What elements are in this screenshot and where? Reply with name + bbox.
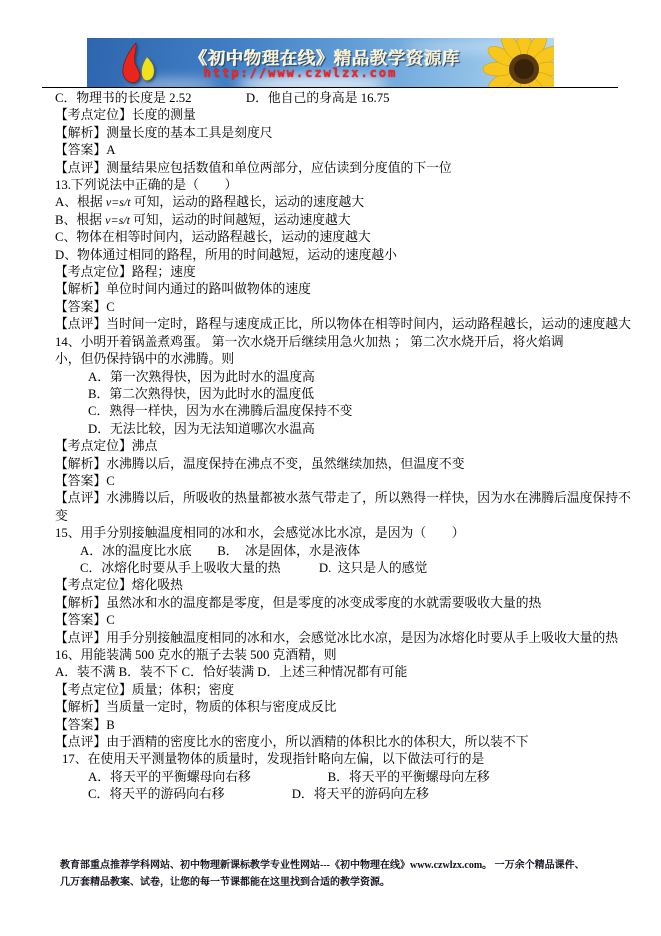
doc-line: 13.下列说法中正确的是（ ） xyxy=(55,177,617,194)
header-divider xyxy=(42,87,618,88)
doc-line: 16、用能装满 500 克水的瓶子去装 500 克酒精，则 xyxy=(55,647,617,664)
doc-line: C．熟得一样快，因为水在沸腾后温度保持不变 xyxy=(55,403,617,420)
doc-line: 15、用手分别接触温度相同的冰和水，会感觉冰比水凉，是因为（ ） xyxy=(55,525,617,542)
footer-note: 教育部重点推荐学科网站、初中物理新课标教学专业性网站---《初中物理在线》www… xyxy=(60,857,625,891)
doc-line: 【解析】单位时间内通过的路叫做物体的速度 xyxy=(55,281,617,298)
velocity-formula: v=s/t xyxy=(106,195,131,209)
doc-line: C．冰熔化时要从手上吸收大量的热 D. 这只是人的感觉 xyxy=(55,560,617,577)
document-body: C．物理书的长度是 2.52 D．他自己的身高是 16.75【考点定位】长度的测… xyxy=(55,90,617,804)
footer-line: 教育部重点推荐学科网站、初中物理新课标教学专业性网站---《初中物理在线》www… xyxy=(60,857,625,874)
banner-url: http://www.czwlzx.com xyxy=(127,66,474,80)
doc-line: B、根据 v=s/t 可知，运动的时间越短，运动速度越大 xyxy=(55,212,617,229)
doc-line: B．第二次熟得快，因为此时水的温度低 xyxy=(55,386,617,403)
doc-line: 【点评】用手分别接触温度相同的冰和水，会感觉冰比水凉，是因为冰熔化时要从手上吸收… xyxy=(55,630,617,647)
doc-line: 【点评】当时间一定时，路程与速度成正比，所以物体在相等时间内，运动路程越长，运动… xyxy=(55,316,617,333)
doc-line: A．将天平的平衡螺母向右移 B．将天平的平衡螺母向左移 xyxy=(55,769,617,786)
doc-line: C．将天平的游码向右移 D．将天平的游码向左移 xyxy=(55,786,617,803)
doc-line: C、物体在相等时间内，运动路程越长，运动的速度越大 xyxy=(55,229,617,246)
doc-line: C．物理书的长度是 2.52 D．他自己的身高是 16.75 xyxy=(55,90,617,107)
doc-line: 【点评】水沸腾以后，所吸收的热量都被水蒸气带走了，所以熟得一样快，因为水在沸腾后… xyxy=(55,490,617,507)
doc-line: 变 xyxy=(55,508,617,525)
footer-line: 几万套精品教案、试卷，让您的每一节课都能在这里找到合适的教学资源。 xyxy=(60,874,625,891)
doc-line: 【考点定位】质量；体积；密度 xyxy=(55,682,617,699)
doc-line: 14、小明开着锅盖煮鸡蛋。 第一次水烧开后继续用急火加热 ； 第二次水烧开后，将… xyxy=(55,334,617,351)
doc-line: 【点评】由于酒精的密度比水的密度小，所以酒精的体积比水的体积大，所以装不下 xyxy=(55,734,617,751)
doc-line: 【考点定位】沸点 xyxy=(55,438,617,455)
doc-line: 【解析】测量长度的基本工具是刻度尺 xyxy=(55,125,617,142)
doc-line: 【考点定位】熔化吸热 xyxy=(55,577,617,594)
doc-line: 【答案】B xyxy=(55,717,617,734)
doc-line: 【解析】当质量一定时，物质的体积与密度成反比 xyxy=(55,699,617,716)
doc-line: 【点评】测量结果应包括数值和单位两部分，应估读到分度值的下一位 xyxy=(55,160,617,177)
doc-line: A．冰的温度比水底 B． 冰是固体，水是液体 xyxy=(55,543,617,560)
doc-line: D、物体通过相同的路程，所用的时间越短，运动的速度越小 xyxy=(55,247,617,264)
doc-line: A．装不满 B．装不下 C．恰好装满 D．上述三种情况都有可能 xyxy=(55,664,617,681)
doc-line: 【考点定位】路程；速度 xyxy=(55,264,617,281)
site-banner: 《初中物理在线》精品教学资源库 http://www.czwlzx.com xyxy=(87,38,554,87)
doc-line: 小，但仍保持锅中的水沸腾。则 xyxy=(55,351,617,368)
doc-line: A、根据 v=s/t 可知，运动的路程越长，运动的速度越大 xyxy=(55,194,617,211)
doc-line: A．第一次熟得快，因为此时水的温度高 xyxy=(55,369,617,386)
doc-line: 【答案】C xyxy=(55,612,617,629)
doc-line: 【解析】虽然冰和水的温度都是零度，但是零度的冰变成零度的水就需要吸收大量的热 xyxy=(55,595,617,612)
velocity-formula: v=s/t xyxy=(105,213,130,227)
doc-line: D．无法比较，因为无法知道哪次水温高 xyxy=(55,421,617,438)
doc-line: 【解析】水沸腾以后，温度保持在沸点不变，虽然继续加热，但温度不变 xyxy=(55,456,617,473)
doc-line: 【答案】A xyxy=(55,142,617,159)
doc-line: 【答案】C xyxy=(55,299,617,316)
document-page: { "header": { "banner_title": "《初中物理在线》精… xyxy=(0,0,661,936)
doc-line: 17、在使用天平测量物体的质量时，发现指针略向左偏，以下做法可行的是 xyxy=(55,751,617,768)
sunflower-icon xyxy=(474,38,554,87)
doc-line: 【答案】C xyxy=(55,473,617,490)
doc-line: 【考点定位】长度的测量 xyxy=(55,107,617,124)
